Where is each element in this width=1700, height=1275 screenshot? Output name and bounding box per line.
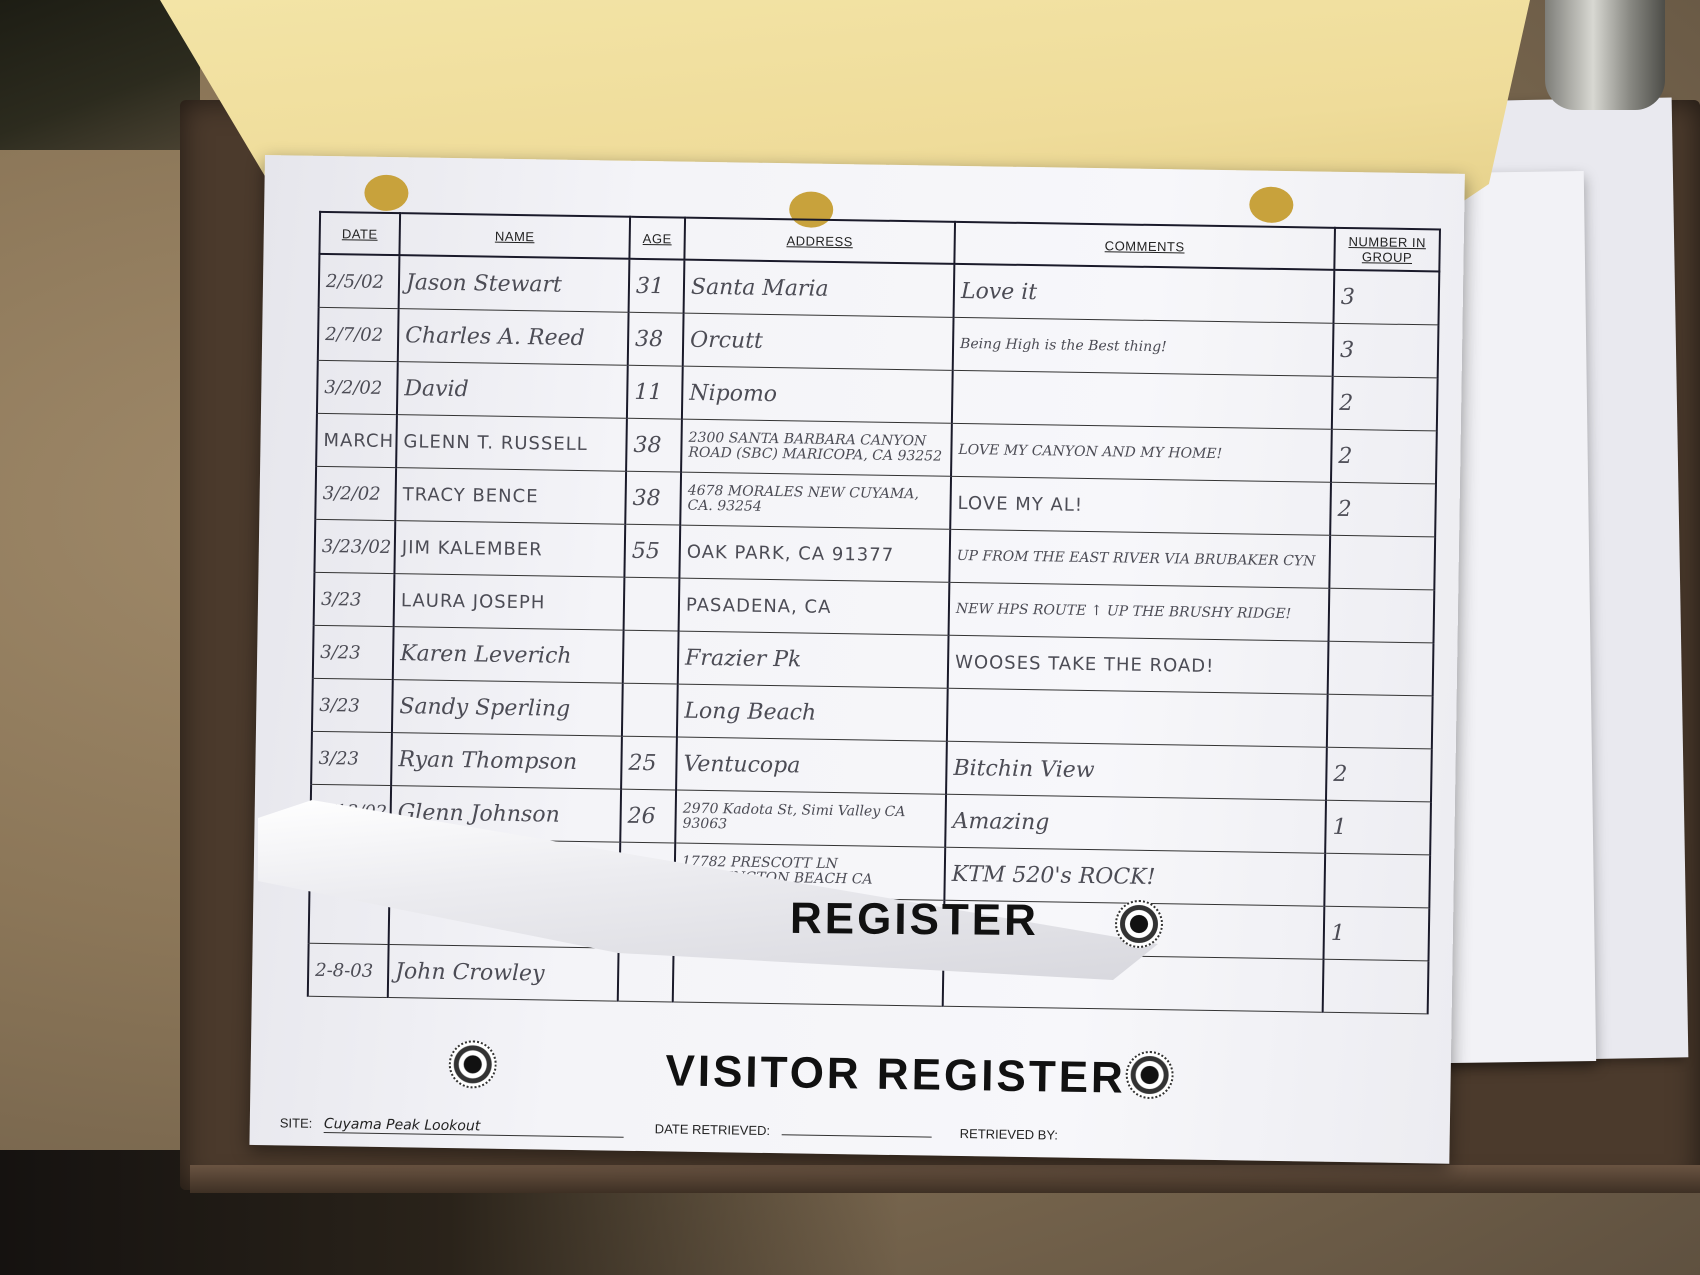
register-title: VISITOR REGISTER — [495, 1044, 1296, 1107]
entry-comments: Amazing — [945, 794, 1326, 853]
column-header-number-in-group: NUMBER IN GROUP — [1334, 228, 1440, 272]
entry-comments: Being High is the Best thing! — [953, 317, 1334, 376]
entry-address: PASADENA, CA — [679, 578, 950, 635]
grass-patch — [0, 0, 200, 150]
entry-age: 25 — [621, 736, 677, 790]
entry-address: 2300 SANTA BARBARA CANYON ROAD (SBC) MAR… — [681, 419, 952, 476]
entry-date: 2/7/02 — [318, 307, 399, 361]
entry-comments — [952, 370, 1333, 429]
entry-comments: UP FROM THE EAST RIVER VIA BRUBAKER CYN — [949, 529, 1330, 588]
entry-age: 31 — [629, 259, 685, 313]
entry-name: Karen Leverich — [393, 627, 624, 684]
entry-date: 3/2/02 — [317, 360, 398, 414]
entry-number: 2 — [1331, 429, 1437, 484]
date-retrieved-field: DATE RETRIEVED: — [655, 1121, 932, 1140]
entry-age — [622, 683, 678, 737]
entry-date: 3/23 — [312, 678, 393, 732]
entry-number: 2 — [1332, 376, 1438, 431]
entry-date: 3/2/02 — [315, 466, 396, 520]
entry-number: 1 — [1325, 800, 1431, 855]
entry-name: David — [397, 362, 628, 419]
entry-date: 3/23/02 — [314, 519, 395, 573]
entry-age: 11 — [627, 365, 683, 419]
column-header-comments: COMMENTS — [954, 222, 1335, 270]
entry-number — [1329, 535, 1435, 590]
entry-address: Long Beach — [677, 684, 948, 741]
binder-ring — [1545, 0, 1665, 110]
retrieved-by-label: RETRIEVED BY: — [960, 1126, 1058, 1143]
entry-number: 3 — [1333, 270, 1439, 325]
entry-name: GLENN T. RUSSELL — [396, 415, 627, 472]
entry-number: 1 — [1323, 906, 1429, 961]
entry-number — [1324, 853, 1430, 908]
punch-hole — [364, 175, 409, 212]
column-header-date: DATE — [319, 212, 400, 255]
entry-address: OAK PARK, CA 91377 — [679, 525, 950, 582]
entry-number: 2 — [1326, 747, 1432, 802]
forest-service-emblem-icon — [1115, 900, 1163, 948]
entry-date: 3/23 — [314, 572, 395, 626]
entry-name: LAURA JOSEPH — [394, 574, 625, 631]
entry-number: 2 — [1330, 482, 1436, 537]
entry-address: 4678 MORALES NEW CUYAMA, CA. 93254 — [680, 472, 951, 529]
entry-name: TRACY BENCE — [395, 468, 626, 525]
entry-age: 26 — [620, 789, 676, 843]
entry-address: Ventucopa — [676, 737, 947, 794]
entry-name: Ryan Thompson — [391, 733, 622, 790]
entry-date: 2-8-03 — [308, 943, 389, 997]
entry-name: Charles A. Reed — [398, 309, 629, 366]
entry-number — [1323, 959, 1429, 1014]
entry-age — [623, 630, 679, 684]
entry-address: Nipomo — [682, 366, 953, 423]
entry-number — [1327, 694, 1433, 749]
retrieved-by-field: RETRIEVED BY: — [960, 1126, 1058, 1143]
entry-number — [1328, 641, 1434, 696]
entry-date: 2/5/02 — [319, 254, 400, 309]
entry-comments: LOVE MY CANYON AND MY HOME! — [951, 423, 1332, 482]
entry-number — [1328, 588, 1434, 643]
site-label: SITE: — [280, 1115, 313, 1131]
entry-name: JIM KALEMBER — [394, 521, 625, 578]
site-value: Cuyama Peak Lookout — [324, 1116, 624, 1138]
entry-age: 38 — [626, 418, 682, 472]
entry-comments: NEW HPS ROUTE ↑ UP THE BRUSHY RIDGE! — [949, 582, 1330, 641]
forest-service-emblem-icon — [448, 1040, 497, 1089]
entry-comments: Bitchin View — [946, 741, 1327, 800]
column-header-address: ADDRESS — [684, 218, 955, 264]
entry-address: Santa Maria — [684, 260, 955, 318]
entry-address: Orcutt — [683, 313, 954, 370]
column-header-age: AGE — [629, 217, 685, 260]
entry-comments: LOVE MY AL! — [950, 476, 1331, 535]
entry-address: Frazier Pk — [678, 631, 949, 688]
entry-date: MARCH 2-2K2 — [316, 413, 397, 467]
site-field: SITE: Cuyama Peak Lookout — [280, 1115, 624, 1137]
folded-sheet-register-text: REGISTER — [790, 894, 1039, 946]
register-box-lip — [190, 1165, 1700, 1193]
entry-name: John Crowley — [388, 945, 619, 1002]
date-retrieved-blank — [782, 1134, 932, 1137]
entry-date: 3/23 — [311, 731, 392, 785]
entry-comments: Love it — [954, 264, 1335, 323]
date-retrieved-label: DATE RETRIEVED: — [655, 1121, 771, 1138]
entry-address: 2970 Kadota St, Simi Valley CA 93063 — [675, 790, 946, 847]
entry-age — [624, 577, 680, 631]
entry-age — [618, 948, 674, 1002]
entry-comments: WOOSES TAKE THE ROAD! — [948, 635, 1329, 694]
visitor-register-sheet: DATE NAME AGE ADDRESS COMMENTS NUMBER IN… — [249, 155, 1464, 1164]
entry-name: Jason Stewart — [399, 255, 630, 312]
punch-hole — [1249, 186, 1294, 223]
entry-age: 38 — [625, 471, 681, 525]
entry-age: 55 — [624, 524, 680, 578]
entry-age: 38 — [628, 312, 684, 366]
entry-date: 3/23 — [313, 625, 394, 679]
column-header-name: NAME — [399, 213, 630, 259]
entry-comments — [947, 688, 1328, 747]
entry-number: 3 — [1333, 323, 1439, 378]
entry-name: Sandy Sperling — [392, 680, 623, 737]
